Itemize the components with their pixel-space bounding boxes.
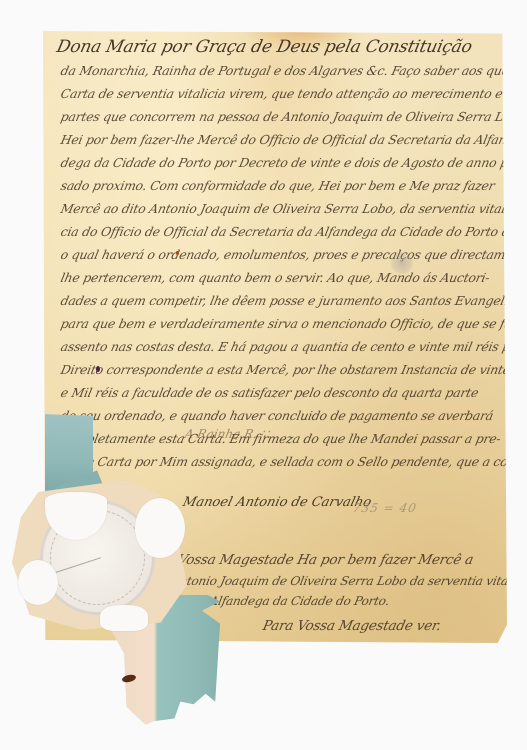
dry-stamp-mark [391, 252, 413, 274]
body-line: para que bem e verdadeiramente sirva o m… [59, 316, 526, 331]
body-line: Mercê ao dito Antonio Joaquim de Oliveir… [59, 201, 514, 216]
ink-blot [96, 366, 100, 372]
body-line: e Mil réis a faculdade de os satisfazer … [59, 385, 479, 400]
body-line: sente Carta por Mim assignada, e sellada… [59, 454, 521, 469]
body-line: sado proximo. Com conformidade do que, H… [59, 178, 496, 193]
body-line: dega da Cidade do Porto por Decreto de v… [59, 155, 527, 170]
seal-paper-flap [135, 498, 185, 558]
footer-line: Antonio Joaquim de Oliveira Serra Lobo d… [170, 574, 527, 588]
footer-line: Para Vossa Magestade ver. [261, 618, 442, 634]
opening-line: Dona Maria por Graça de Deus pela Consti… [55, 37, 474, 57]
pencil-annotation: 735 = 40 [352, 501, 418, 515]
body-line: partes que concorrem na pessoa de Antoni… [59, 109, 527, 124]
royal-rubric: A Rainha R. ∵ [184, 427, 270, 441]
rust-spot [176, 251, 179, 255]
footer-line: Vossa Magestade Ha por bem fazer Mercê a [176, 552, 474, 568]
body-line: lhe pertencerem, com quanto bem o servir… [59, 270, 491, 285]
body-line: Carta de serventia vitalicia virem, que … [59, 86, 527, 101]
body-line: Direito correspondente a esta Mercê, por… [59, 362, 511, 377]
seal-paper-flap [18, 560, 58, 605]
body-line: dades a quem competir, lhe dêem posse e … [59, 293, 527, 308]
body-line: cia do Officio de Official da Secretaria… [59, 224, 527, 239]
body-line: do seu ordenado, e quando haver concluid… [59, 408, 494, 423]
body-line: Hei por bem fazer-lhe Mercê do Officio d… [59, 132, 512, 147]
body-line: completamente esta Carta. Em firmeza do … [59, 431, 502, 446]
body-line: da Monarchia, Rainha de Portugal e dos A… [59, 63, 527, 78]
seal-paper-flap [100, 605, 148, 631]
body-line: o qual haverá o ordenado, emolumentos, p… [59, 247, 527, 262]
body-line: assento nas costas desta. E há pagou a q… [59, 339, 527, 354]
signature: Manoel Antonio de Carvalho [181, 495, 373, 510]
